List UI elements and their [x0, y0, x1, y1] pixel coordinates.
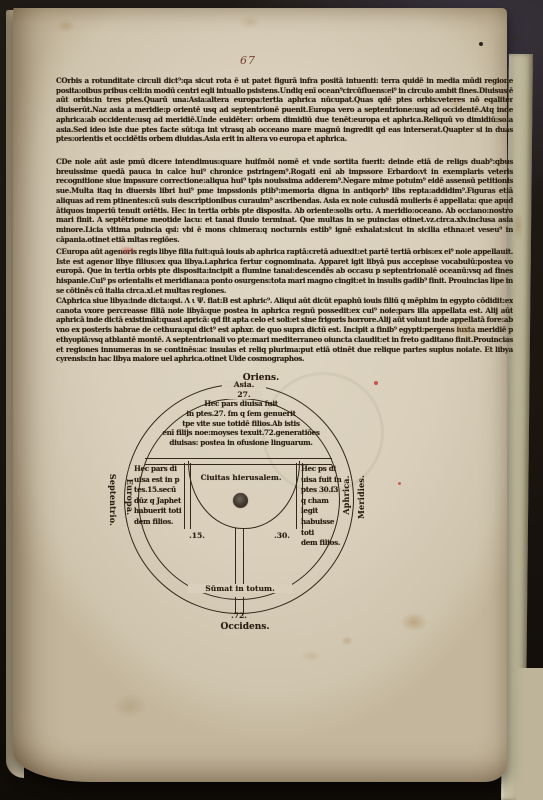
jerusalem-dot [233, 493, 248, 508]
diagram-label-aphrica: Aphrica. [340, 470, 352, 520]
africa-parts-number: .30. [265, 531, 299, 540]
diagram-asia-parts: 27. [226, 390, 262, 399]
diagram-label-asia: Asia. [222, 380, 266, 389]
diagram-label-meridies: Meridies. [355, 468, 367, 526]
sum-caption: Sūmat in totum. [188, 584, 292, 593]
diagram-label-occidens: Occidens. [212, 622, 278, 632]
diagram-label-septentrio: Septentrio. [107, 466, 119, 534]
europe-quadrant-text: Hec pars di uisa est in p tes.15.secū dū… [134, 464, 184, 528]
sum-total-number: .72. [220, 611, 258, 620]
red-ink-smudge [119, 246, 136, 255]
asia-quadrant-text: Hec pars diuisa fuit in ptes.27. ſm q ſe… [136, 399, 346, 448]
europe-parts-number: .15. [180, 531, 214, 540]
africa-quadrant-text: Hec ps di uisa fuit in ptes 30.ſ3 q cham… [301, 464, 345, 549]
red-ink-speck [398, 482, 401, 485]
jerusalem-label: Ciuitas hierusalem. [196, 473, 286, 482]
edge-speck [479, 42, 483, 46]
folio-number: 67 [240, 54, 256, 67]
to-map-stem-upper [235, 528, 244, 584]
book-photo: 67 COrbis a rotunditate circuli dict⁹:qa… [0, 0, 543, 800]
diagram-label-europa: Europa. [124, 472, 136, 522]
paragraph-asia: CDe nole aūt asie pmū dicere intendimus:… [56, 157, 513, 246]
paragraph-orbis: COrbis a rotunditate circuli dict⁹:qa si… [56, 76, 513, 156]
red-ink-speck [374, 381, 378, 385]
paragraph-aphrica: CAphrica siue libya:inde dicta:qsi. Λ ι … [56, 296, 513, 365]
edge-speck [513, 36, 517, 39]
page-edge-corner [516, 668, 543, 800]
